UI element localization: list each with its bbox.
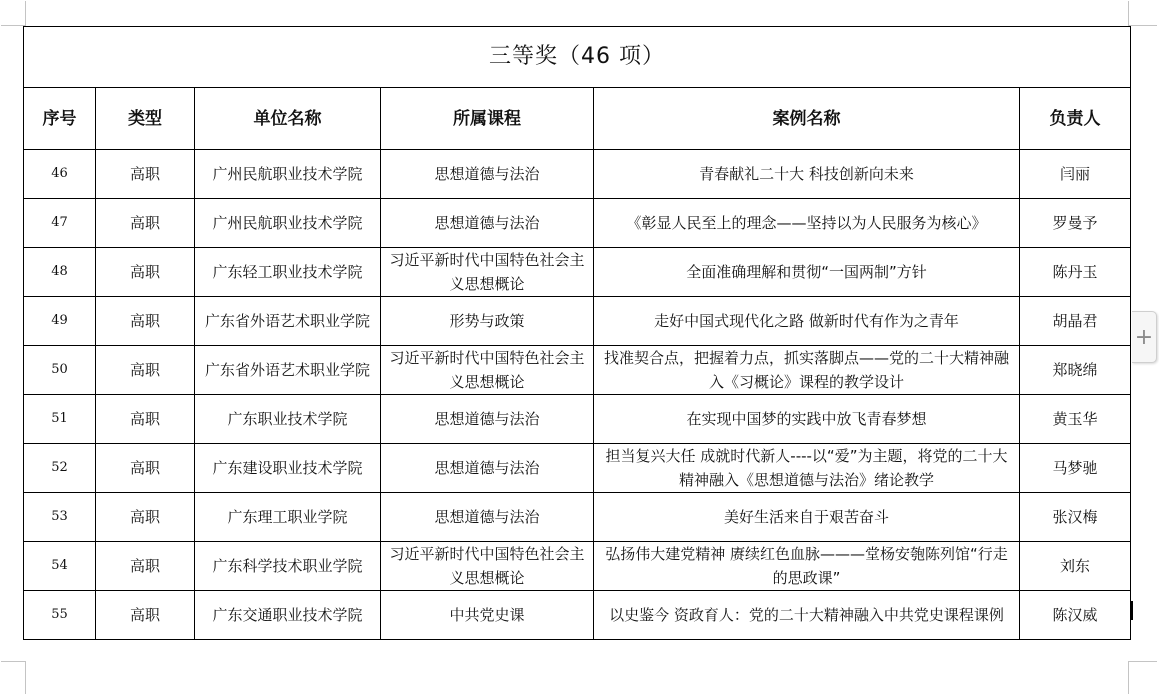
cell-unit[interactable]: 广东轻工职业技术学院 (195, 248, 381, 297)
cell-leader[interactable]: 马梦驰 (1020, 444, 1131, 493)
cell-unit[interactable]: 广东职业技术学院 (195, 395, 381, 444)
cell-case[interactable]: 找准契合点，把握着力点，抓实落脚点——党的二十大精神融入《习概论》课程的教学设计 (594, 346, 1020, 395)
column-header-course[interactable]: 所属课程 (381, 88, 594, 150)
table-row: 47 高职 广州民航职业技术学院 思想道德与法治 《彰显人民至上的理念——坚持以… (24, 199, 1131, 248)
cell-no[interactable]: 49 (24, 297, 96, 346)
column-header-no[interactable]: 序号 (24, 88, 96, 150)
cell-case[interactable]: 担当复兴大任 成就时代新人----以“爱”为主题，将党的二十大精神融入《思想道德… (594, 444, 1020, 493)
page-corner-mark-bottom-left (1, 661, 26, 694)
cell-course[interactable]: 思想道德与法治 (381, 150, 594, 199)
cell-unit[interactable]: 广州民航职业技术学院 (195, 199, 381, 248)
cell-leader[interactable]: 郑晓绵 (1020, 346, 1131, 395)
page-corner-mark-top-right (1128, 1, 1157, 26)
cell-type[interactable]: 高职 (96, 150, 195, 199)
cell-unit[interactable]: 广东理工职业学院 (195, 493, 381, 542)
cell-case[interactable]: 美好生活来自于艰苦奋斗 (594, 493, 1020, 542)
cell-type[interactable]: 高职 (96, 248, 195, 297)
cell-course[interactable]: 习近平新时代中国特色社会主义思想概论 (381, 346, 594, 395)
cell-leader[interactable]: 闫丽 (1020, 150, 1131, 199)
cell-leader[interactable]: 黄玉华 (1020, 395, 1131, 444)
table-row: 52 高职 广东建设职业技术学院 思想道德与法治 担当复兴大任 成就时代新人--… (24, 444, 1131, 493)
cell-case[interactable]: 走好中国式现代化之路 做新时代有作为之青年 (594, 297, 1020, 346)
column-header-unit[interactable]: 单位名称 (195, 88, 381, 150)
cell-course[interactable]: 思想道德与法治 (381, 199, 594, 248)
cell-no[interactable]: 46 (24, 150, 96, 199)
table-row: 48 高职 广东轻工职业技术学院 习近平新时代中国特色社会主义思想概论 全面准确… (24, 248, 1131, 297)
cell-leader[interactable]: 胡晶君 (1020, 297, 1131, 346)
cell-course[interactable]: 思想道德与法治 (381, 444, 594, 493)
cell-unit[interactable]: 广东省外语艺术职业学院 (195, 346, 381, 395)
cell-case[interactable]: 全面准确理解和贯彻“一国两制”方针 (594, 248, 1020, 297)
cell-no[interactable]: 50 (24, 346, 96, 395)
cell-case[interactable]: 在实现中国梦的实践中放飞青春梦想 (594, 395, 1020, 444)
cell-type[interactable]: 高职 (96, 542, 195, 591)
table-row: 53 高职 广东理工职业学院 思想道德与法治 美好生活来自于艰苦奋斗 张汉梅 (24, 493, 1131, 542)
cell-no[interactable]: 54 (24, 542, 96, 591)
column-header-case[interactable]: 案例名称 (594, 88, 1020, 150)
cell-type[interactable]: 高职 (96, 395, 195, 444)
table-row: 51 高职 广东职业技术学院 思想道德与法治 在实现中国梦的实践中放飞青春梦想 … (24, 395, 1131, 444)
cell-course[interactable]: 中共党史课 (381, 591, 594, 640)
table-row: 46 高职 广州民航职业技术学院 思想道德与法治 青春献礼二十大 科技创新向未来… (24, 150, 1131, 199)
page-corner-mark-top-left (1, 1, 26, 26)
cell-no[interactable]: 51 (24, 395, 96, 444)
cell-leader[interactable]: 张汉梅 (1020, 493, 1131, 542)
cell-type[interactable]: 高职 (96, 346, 195, 395)
cell-no[interactable]: 47 (24, 199, 96, 248)
cell-leader[interactable]: 罗曼予 (1020, 199, 1131, 248)
cell-type[interactable]: 高职 (96, 493, 195, 542)
table-row: 49 高职 广东省外语艺术职业学院 形势与政策 走好中国式现代化之路 做新时代有… (24, 297, 1131, 346)
cell-unit[interactable]: 广东科学技术职业学院 (195, 542, 381, 591)
cell-course[interactable]: 思想道德与法治 (381, 395, 594, 444)
cell-no[interactable]: 48 (24, 248, 96, 297)
table-title-row: 三等奖（46 项） (24, 27, 1131, 88)
cell-course[interactable]: 习近平新时代中国特色社会主义思想概论 (381, 542, 594, 591)
cell-unit[interactable]: 广东交通职业技术学院 (195, 591, 381, 640)
column-header-type[interactable]: 类型 (96, 88, 195, 150)
table-title[interactable]: 三等奖（46 项） (24, 27, 1131, 88)
cell-unit[interactable]: 广州民航职业技术学院 (195, 150, 381, 199)
table-row: 54 高职 广东科学技术职业学院 习近平新时代中国特色社会主义思想概论 弘扬伟大… (24, 542, 1131, 591)
column-header-leader[interactable]: 负责人 (1020, 88, 1131, 150)
cell-leader[interactable]: 陈丹玉 (1020, 248, 1131, 297)
cell-course[interactable]: 形势与政策 (381, 297, 594, 346)
cell-course[interactable]: 习近平新时代中国特色社会主义思想概论 (381, 248, 594, 297)
awards-table: 三等奖（46 项） 序号 类型 单位名称 所属课程 案例名称 负责人 46 高职… (23, 26, 1131, 640)
cell-unit[interactable]: 广东建设职业技术学院 (195, 444, 381, 493)
cell-no[interactable]: 55 (24, 591, 96, 640)
cell-type[interactable]: 高职 (96, 199, 195, 248)
cell-type[interactable]: 高职 (96, 591, 195, 640)
table-row: 55 高职 广东交通职业技术学院 中共党史课 以史鉴今 资政育人：党的二十大精神… (24, 591, 1131, 640)
cell-leader[interactable]: 陈汉威 (1020, 591, 1131, 640)
cell-no[interactable]: 52 (24, 444, 96, 493)
table-row: 50 高职 广东省外语艺术职业学院 习近平新时代中国特色社会主义思想概论 找准契… (24, 346, 1131, 395)
text-cursor (1131, 601, 1133, 620)
cell-no[interactable]: 53 (24, 493, 96, 542)
cell-type[interactable]: 高职 (96, 297, 195, 346)
cell-case[interactable]: 青春献礼二十大 科技创新向未来 (594, 150, 1020, 199)
cell-unit[interactable]: 广东省外语艺术职业学院 (195, 297, 381, 346)
cell-case[interactable]: 《彰显人民至上的理念——坚持以为人民服务为核心》 (594, 199, 1020, 248)
page-corner-mark-bottom-right (1128, 661, 1157, 694)
cell-case[interactable]: 以史鉴今 资政育人：党的二十大精神融入中共党史课程课例 (594, 591, 1020, 640)
add-row-button[interactable]: + (1132, 311, 1157, 363)
cell-type[interactable]: 高职 (96, 444, 195, 493)
cell-case[interactable]: 弘扬伟大建党精神 赓续红色血脉———堂杨安匏陈列馆“行走的思政课” (594, 542, 1020, 591)
cell-leader[interactable]: 刘东 (1020, 542, 1131, 591)
cell-course[interactable]: 思想道德与法治 (381, 493, 594, 542)
table-header-row: 序号 类型 单位名称 所属课程 案例名称 负责人 (24, 88, 1131, 150)
plus-icon: + (1135, 325, 1153, 350)
